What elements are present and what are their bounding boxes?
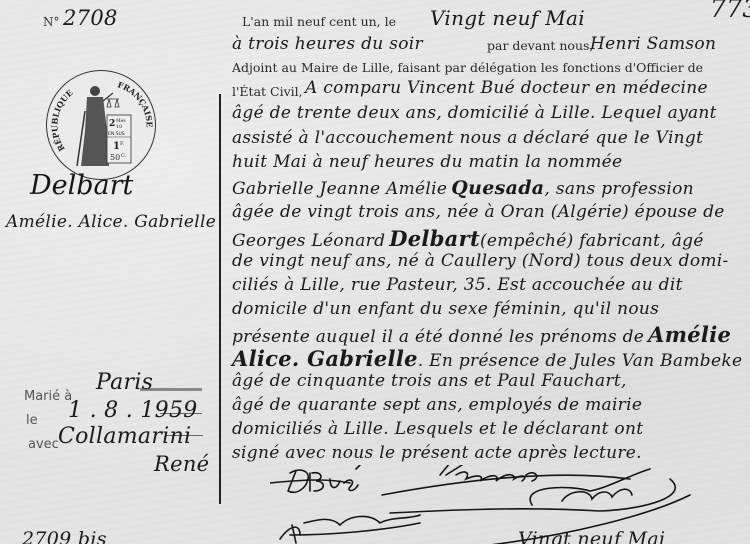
line-15: Alice. Gabrielle. En présence de Jules V… xyxy=(232,346,742,371)
svg-text:10: 10 xyxy=(116,124,122,130)
mother-profession: , sans profession xyxy=(544,179,694,199)
print-line-1: L'an mil neuf cent un, le xyxy=(242,14,396,29)
mother-surname: Quesada xyxy=(451,177,544,199)
next-entry-date: Vingt neuf Mai xyxy=(518,528,665,544)
child-other-names: Alice. Gabrielle xyxy=(232,346,418,371)
hand-line-6: assisté à l'accouchement nous a déclaré … xyxy=(232,128,703,148)
hand-officer-name: Henri Samson xyxy=(590,34,716,54)
entry-number: 2708 xyxy=(63,6,118,30)
hand-line-4: A comparu Vincent Bué docteur en médecin… xyxy=(305,78,708,98)
svg-text:F.: F. xyxy=(120,141,125,147)
svg-text:RÉPUBLIQUE: RÉPUBLIQUE xyxy=(49,87,74,153)
svg-text:2: 2 xyxy=(109,119,115,129)
hand-line-5: âgé de trente deux ans, domicilié à Lill… xyxy=(232,103,717,123)
date-label: le xyxy=(26,413,38,428)
marriage-date: 1 . 8 . 1959 xyxy=(68,398,198,423)
margin-surname: Delbart xyxy=(30,170,133,201)
document-page: N° 2708 RÉPUBLIQUE FRANÇAISE 2 Mes 10 EN… xyxy=(0,0,750,544)
marianne-stamp-icon: RÉPUBLIQUE FRANÇAISE 2 Mes 10 EN SUS 1 F… xyxy=(47,71,155,179)
mother-given-names: Gabrielle Jeanne Amélie xyxy=(232,179,447,199)
hand-line-16: âgé de cinquante trois ans et Paul Fauch… xyxy=(232,371,627,391)
hand-line-13: domicile d'un enfant du sexe féminin, qu… xyxy=(232,299,659,319)
witness-1: . En présence de Jules Van Bambeke xyxy=(418,351,743,371)
with-label: avec xyxy=(28,437,59,452)
svg-text:50: 50 xyxy=(110,153,120,162)
spouse-surname: Collamarini xyxy=(58,424,191,449)
svg-text:C.: C. xyxy=(121,153,127,159)
married-place: Paris xyxy=(96,370,153,395)
margin-rule xyxy=(219,94,221,504)
next-entry-number: 2709 bis xyxy=(22,528,107,544)
hand-line-17: âgé de quarante sept ans, employés de ma… xyxy=(232,395,642,415)
hand-line-9: âgée de vingt trois ans, née à Oran (Alg… xyxy=(232,202,725,222)
line-10: Georges Léonard Delbart(empêché) fabrica… xyxy=(232,226,704,251)
child-first-name: Amélie xyxy=(648,322,731,347)
married-label: Marié à xyxy=(24,389,72,404)
hand-line-14: présente auquel il a été donné les préno… xyxy=(232,327,644,347)
hand-line-12: ciliés à Lille, rue Pasteur, 35. Est acc… xyxy=(232,275,683,295)
margin-given-names: Amélie. Alice. Gabrielle xyxy=(6,212,216,232)
entry-number-label: N° xyxy=(43,15,60,29)
hand-line-19: signé avec nous le présent acte après le… xyxy=(232,443,642,463)
father-details: (empêché) fabricant, âgé xyxy=(480,231,704,251)
hand-line-7: huit Mai à neuf heures du matin la nommé… xyxy=(232,152,622,172)
father-surname: Delbart xyxy=(389,226,480,251)
spouse-given-name: René xyxy=(154,452,209,476)
print-line-4: l'État Civil, xyxy=(232,84,303,99)
father-given-names: Georges Léonard xyxy=(232,231,385,251)
fiscal-stamp: RÉPUBLIQUE FRANÇAISE 2 Mes 10 EN SUS 1 F… xyxy=(46,70,156,180)
hand-date: Vingt neuf Mai xyxy=(430,6,585,30)
line-14: présente auquel il a été donné les préno… xyxy=(232,322,731,347)
signature-flourishes-icon xyxy=(270,465,740,544)
hand-line-18: domiciliés à Lille. Lesquels et le décla… xyxy=(232,419,643,439)
print-line-2: par devant nous, xyxy=(487,38,593,53)
hand-line-11: de vingt neuf ans, né à Caullery (Nord) … xyxy=(232,251,729,271)
print-line-3: Adjoint au Maire de Lille, faisant par d… xyxy=(232,60,703,75)
hand-time: à trois heures du soir xyxy=(232,34,423,54)
svg-text:1: 1 xyxy=(113,141,120,152)
line-8: Gabrielle Jeanne Amélie Quesada, sans pr… xyxy=(232,177,694,199)
page-number: 773 xyxy=(710,0,750,23)
svg-text:EN SUS: EN SUS xyxy=(108,131,125,137)
